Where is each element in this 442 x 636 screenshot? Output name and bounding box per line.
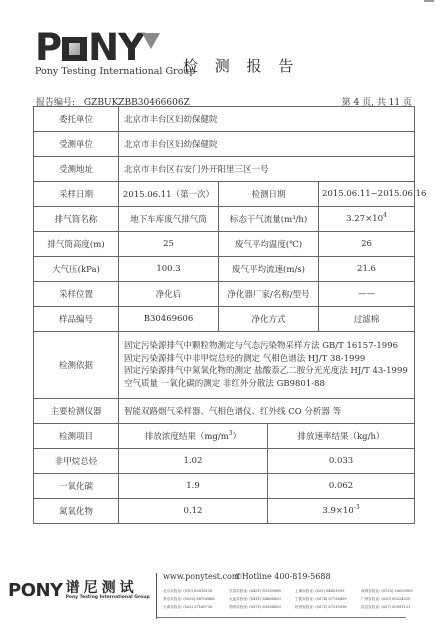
instruments-label: 主要检测仪器: [34, 399, 119, 424]
logo-letters-ny: NY: [88, 33, 144, 63]
row-sample-number: 样品编号 B30469606 净化方式 过滤棉: [34, 307, 415, 332]
results-header-rate: 排放速率结果（kg/h）: [268, 424, 415, 449]
test-date-label: 检测日期: [219, 182, 319, 207]
purify-method-label: 净化方式: [219, 307, 319, 332]
result-rate: 0.033: [268, 449, 415, 474]
address-label: 受测地址: [34, 157, 119, 182]
gas-temp-label: 废气平均温度(℃): [219, 232, 319, 257]
row-tested-unit: 受测单位 北京市丰台区妇幼保健院: [34, 132, 415, 157]
lab-contact: 广州实验室: (020) 89224310: [361, 596, 427, 603]
result-rate: 3.9×10-3: [268, 499, 415, 524]
basis-label: 检测依据: [34, 332, 119, 399]
result-item: 氮氧化物: [34, 499, 119, 524]
flow-value-exponent: 4: [383, 212, 387, 219]
basis-value: 固定污染源排气中颗粒物测定与气态污染物采样方法 GB/T 16157-1996 …: [119, 332, 415, 399]
pony-logo: P NY Pony Testing International Group: [35, 33, 160, 77]
tested-unit-value: 北京市丰台区妇幼保健院: [119, 132, 415, 157]
sampling-date-label: 采样日期: [34, 182, 119, 207]
logo-triangle-icon: [142, 33, 160, 49]
stack-name-value: 地下车库废气排气筒: [119, 207, 219, 232]
test-date-value: 2015.06.11~2015.06.16: [319, 182, 415, 207]
logo-subtitle: Pony Testing International Group: [35, 66, 160, 77]
gas-temp-value: 26: [319, 232, 415, 257]
result-rate: 0.062: [268, 474, 415, 499]
results-header-row: 检测项目 排放浓度结果（mg/m3） 排放速率结果（kg/h）: [34, 424, 415, 449]
purifier-value: ——: [319, 282, 415, 307]
result-row: 一氧化碳 1.9 0.062: [34, 474, 415, 499]
concentration-header-close: ）: [233, 432, 242, 442]
row-instruments: 主要检测仪器 智能双路烟气采样器、气相色谱仪、红外线 CO 分析器 等: [34, 399, 415, 424]
result-concentration: 1.9: [119, 474, 268, 499]
footer-divider-horizontal: [156, 617, 406, 618]
lab-contact: 武汉实验室: (027) 83991121: [361, 604, 427, 611]
lab-contact: 青岛实验室: (0532) 88706866: [163, 596, 229, 603]
stack-height-label: 排气筒高度(m): [34, 232, 119, 257]
flow-value-base: 3.27×10: [346, 214, 383, 224]
lab-contact: 上海实验室: (021) 64851999: [295, 588, 361, 595]
footer-lab-contacts: 北京实验室: (010) 82818118 长春实验室: (0431) 8515…: [163, 588, 428, 611]
result-row: 氮氧化物 0.12 3.9×10-3: [34, 499, 415, 524]
lab-contact: 大连实验室: (0411) 84806820: [229, 596, 295, 603]
corner-mark: [424, 0, 434, 2]
results-header-concentration: 排放浓度结果（mg/m3）: [119, 424, 268, 449]
footer-logo-chinese: 谱尼测试: [66, 581, 150, 595]
row-pressure: 大气压(kPa) 100.3 废气平均流速(m/s) 21.6: [34, 257, 415, 282]
result-item: 非甲烷总烃: [34, 449, 119, 474]
result-row: 非甲烷总烃 1.02 0.033: [34, 449, 415, 474]
result-rate-exponent: -3: [354, 504, 360, 511]
footer-website[interactable]: www.ponytest.com: [163, 572, 239, 581]
flow-label: 标态干气流量(m³/h): [219, 207, 319, 232]
tested-unit-label: 受测单位: [34, 132, 119, 157]
row-client: 委托单位 北京市丰台区妇幼保健院: [34, 107, 415, 132]
result-concentration: 0.12: [119, 499, 268, 524]
report-table: 委托单位 北京市丰台区妇幼保健院 受测单位 北京市丰台区妇幼保健院 受测地址 北…: [33, 106, 415, 524]
purify-method-value: 过滤棉: [319, 307, 415, 332]
sampling-date-value: 2015.06.11（第一次）: [119, 182, 219, 207]
client-value: 北京市丰台区妇幼保健院: [119, 107, 415, 132]
footer-logo-wordmark: PONY: [8, 580, 63, 601]
footer-hotline: ✆Hotline 400-819-5688: [235, 572, 331, 581]
logo-wordmark: P NY: [35, 33, 160, 63]
sampling-position-value: 净化后: [119, 282, 219, 307]
result-rate-base: 0.033: [329, 456, 353, 466]
basis-line: 固定污染源排气中非甲烷总烃的测定 气相色谱法 HJ/T 38-1999: [124, 353, 409, 366]
lab-contact: 北京实验室: (010) 82818118: [163, 588, 229, 595]
footer-logo-text: 谱尼测试 Pony Testing International Group: [63, 581, 150, 600]
row-basis: 检测依据 固定污染源排气中颗粒物测定与气态污染物采样方法 GB/T 16157-…: [34, 332, 415, 399]
instruments-value: 智能双路烟气采样器、气相色谱仪、红外线 CO 分析器 等: [119, 399, 415, 424]
lab-contact: 天津实验室: (022) 27160736: [163, 604, 229, 611]
row-stack: 排气筒名称 地下车库废气排气筒 标态干气流量(m³/h) 3.27×104: [34, 207, 415, 232]
basis-line: 固定污染源排气中颗粒物测定与气态污染物采样方法 GB/T 16157-1996: [124, 340, 409, 353]
logo-letter-p: P: [35, 33, 61, 63]
concentration-header-text: 排放浓度结果（mg/m: [145, 432, 229, 442]
result-rate-base: 0.062: [329, 481, 353, 491]
result-rate-base: 3.9×10: [322, 506, 353, 516]
basis-line: 空气质量 一氧化碳的测定 非红外分散法 GB9801-88: [124, 378, 409, 391]
sample-number-label: 样品编号: [34, 307, 119, 332]
velocity-value: 21.6: [319, 257, 415, 282]
address-value: 北京市丰台区右安门外开阳里三区一号: [119, 157, 415, 182]
stack-name-label: 排气筒名称: [34, 207, 119, 232]
lab-contact: 郑州实验室: (0371) 69336650: [229, 604, 295, 611]
result-item: 一氧化碳: [34, 474, 119, 499]
logo-square-o-icon: [62, 37, 87, 61]
lab-contact: 杭州实验室: (0571) 87219096: [295, 604, 361, 611]
lab-contact: 宁波实验室: (0574) 87736499: [295, 596, 361, 603]
footer-divider-vertical: [156, 573, 157, 619]
footer-logo: PONY 谱尼测试 Pony Testing International Gro…: [8, 580, 150, 601]
sample-number-value: B30469606: [119, 307, 219, 332]
pressure-label: 大气压(kPa): [34, 257, 119, 282]
basis-line: 固定污染源排气中氮氧化物的测定 盐酸萘乙二胺分光光度法 HJ/T 43-1999: [124, 365, 409, 378]
lab-contact: 深圳实验室: (0755) 26050909: [361, 588, 427, 595]
document-title: 检 测 报 告: [183, 55, 299, 76]
lab-contact: 长春实验室: (0431) 85150908: [229, 588, 295, 595]
result-concentration: 1.02: [119, 449, 268, 474]
row-sampling-position: 采样位置 净化后 净化器厂家/名称/型号 ——: [34, 282, 415, 307]
flow-value: 3.27×104: [319, 207, 415, 232]
row-address: 受测地址 北京市丰台区右安门外开阳里三区一号: [34, 157, 415, 182]
row-dates: 采样日期 2015.06.11（第一次） 检测日期 2015.06.11~201…: [34, 182, 415, 207]
sampling-position-label: 采样位置: [34, 282, 119, 307]
purifier-label: 净化器厂家/名称/型号: [219, 282, 319, 307]
stack-height-value: 25: [119, 232, 219, 257]
pressure-value: 100.3: [119, 257, 219, 282]
velocity-label: 废气平均流速(m/s): [219, 257, 319, 282]
footer-logo-english: Pony Testing International Group: [66, 595, 150, 600]
client-label: 委托单位: [34, 107, 119, 132]
row-height: 排气筒高度(m) 25 废气平均温度(℃) 26: [34, 232, 415, 257]
results-header-item: 检测项目: [34, 424, 119, 449]
